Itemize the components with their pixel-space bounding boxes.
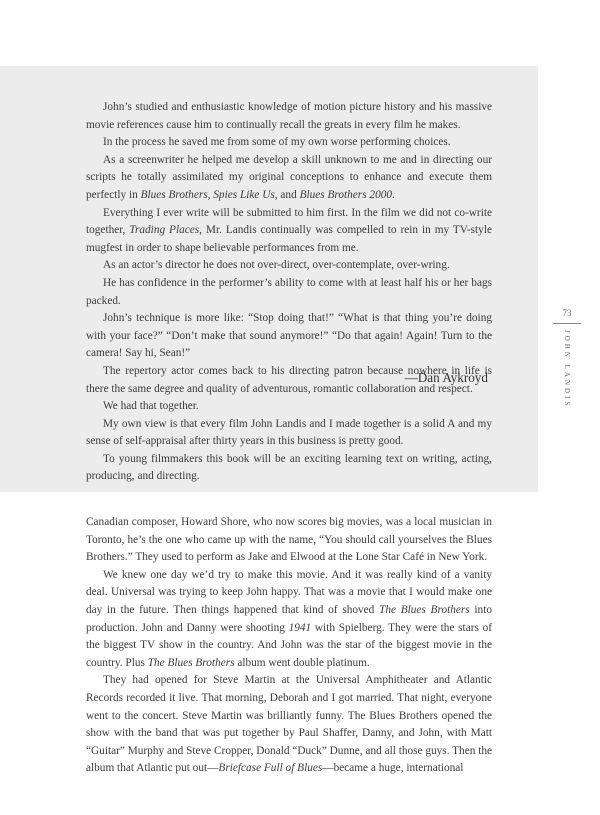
foreword-paragraph: To young filmmakers this book will be an… — [86, 451, 492, 486]
foreword-paragraph: As an actor’s director he does not over-… — [86, 257, 492, 275]
foreword-paragraph: He has confidence in the performer’s abi… — [86, 275, 492, 310]
foreword-paragraph: As a screenwriter he helped me develop a… — [86, 152, 492, 205]
film-title: Blues Brothers 2000 — [300, 189, 392, 201]
body-paragraph: Canadian composer, Howard Shore, who now… — [86, 514, 492, 567]
film-title: The Blues Brothers — [379, 604, 470, 616]
folio-divider — [553, 323, 581, 324]
running-head: John Landis — [563, 330, 571, 408]
foreword-text: John’s studied and enthusiastic knowledg… — [86, 99, 492, 486]
album-title: Briefcase Full of Blues — [218, 762, 322, 774]
film-title: Blues Brothers, Spies Like Us, — [141, 189, 278, 201]
foreword-paragraph: My own view is that every film John Land… — [86, 416, 492, 451]
text-run: and — [278, 189, 300, 201]
body-paragraph: They had opened for Steve Martin at the … — [86, 672, 492, 778]
body-text: Canadian composer, Howard Shore, who now… — [86, 514, 492, 778]
text-run: album went double platinum. — [235, 657, 370, 669]
foreword-signature: —Dan Aykroyd — [300, 370, 488, 386]
foreword-paragraph: In the process he saved me from some of … — [86, 134, 492, 152]
film-title: 1941 — [289, 622, 312, 634]
film-title: Trading Places, — [129, 224, 202, 236]
body-paragraph: We knew one day we’d try to make this mo… — [86, 567, 492, 673]
text-run: —became a huge, international — [322, 762, 463, 774]
foreword-paragraph: John’s studied and enthusiastic knowledg… — [86, 99, 492, 134]
foreword-paragraph: John’s technique is more like: “Stop doi… — [86, 310, 492, 363]
foreword-paragraph: We had that together. — [86, 398, 492, 416]
foreword-paragraph: Everything I ever write will be submitte… — [86, 205, 492, 258]
text-run: . — [392, 189, 395, 201]
film-title: The Blues Brothers — [148, 657, 235, 669]
page-number: 73 — [553, 308, 581, 318]
text-run: They had opened for Steve Martin at the … — [86, 674, 492, 774]
